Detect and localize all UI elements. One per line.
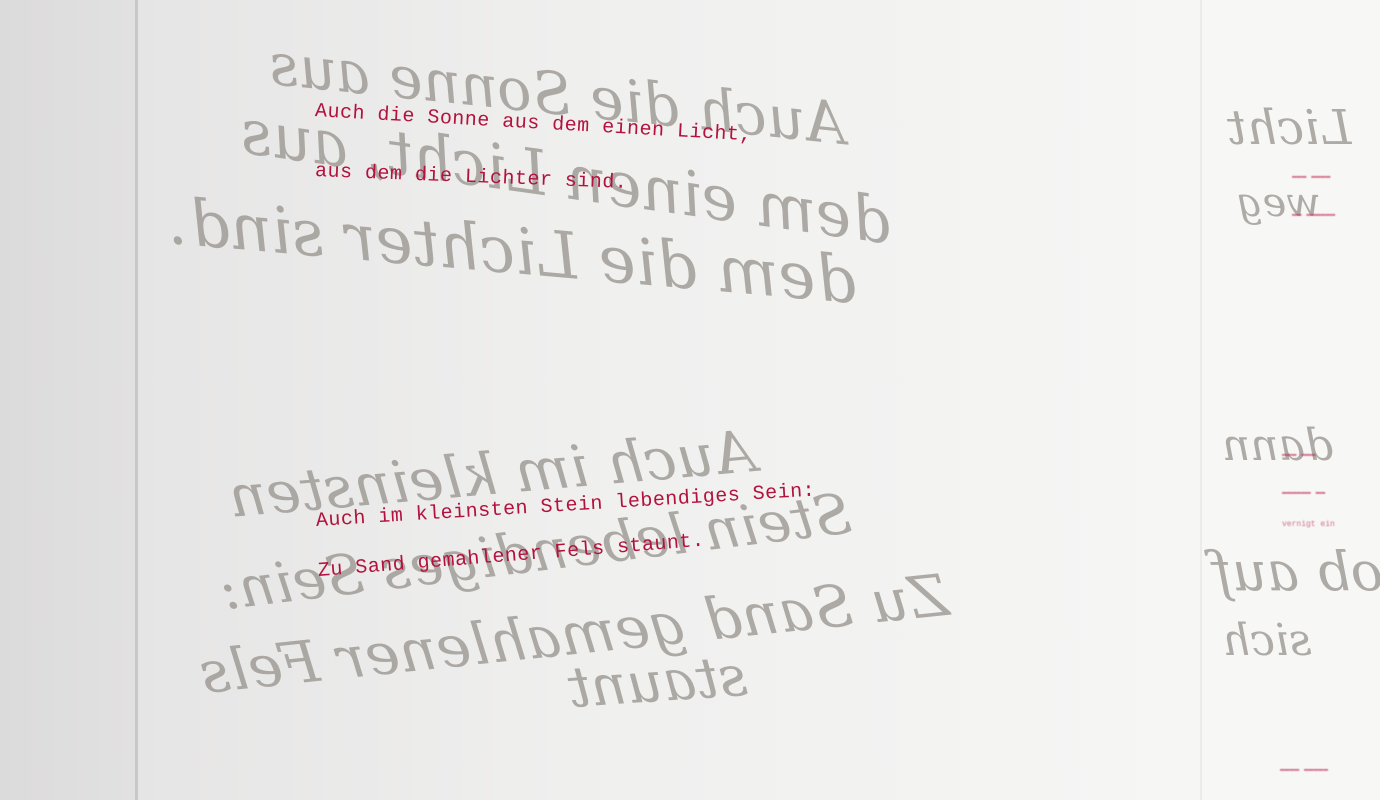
wall-background	[0, 0, 135, 800]
handwriting-stanza-1-line-1: Auch die Sonne aus	[266, 30, 850, 158]
paper-sheet-main: Auch die Sonne aus dem einen Licht, aus …	[135, 0, 1203, 800]
handwriting-right-2: weg	[1237, 180, 1321, 226]
partial-typed-right-2: ▬▬ ▬▬▬▬▬▬	[1292, 210, 1335, 219]
poem-line-1: Auch die Sonne aus dem einen Licht,	[314, 100, 752, 147]
poem-line-2: aus dem die Lichter sind.	[315, 160, 628, 195]
handwriting-right-5: sich	[1222, 615, 1312, 666]
partial-typed-right-6: ▬▬▬▬ ▬▬▬▬▬	[1280, 765, 1328, 774]
handwriting-stanza-2-line-4: staunt	[566, 644, 749, 721]
partial-typed-right-4: ▬▬▬▬▬▬ ▬▬	[1282, 488, 1325, 497]
poem-line-3: Auch im kleinsten Stein lebendiges Sein:	[315, 479, 816, 532]
partial-typed-right-5: vernigt ein	[1282, 520, 1335, 529]
paper-sheet-right: Licht weg ▬▬▬ ▬▬▬▬ ▬▬ ▬▬▬▬▬▬ dann ▬▬▬ ▬▬…	[1200, 0, 1380, 800]
handwriting-right-3: dann	[1222, 420, 1333, 471]
partial-typed-right-1: ▬▬▬ ▬▬▬▬	[1292, 172, 1330, 181]
partial-typed-right-3: ▬▬▬ ▬▬▬	[1282, 450, 1316, 459]
handwriting-right-1: Licht	[1227, 100, 1351, 156]
poem-line-4: Zu Sand gemahlener Fels staunt.	[317, 530, 705, 583]
handwriting-stanza-1-line-3: dem die Lichter sind.	[166, 185, 860, 319]
handwriting-right-4: Lob auf	[1212, 540, 1380, 603]
handwriting-stanza-2-line-3: Zu Sand gemahlener Fels	[197, 561, 952, 707]
